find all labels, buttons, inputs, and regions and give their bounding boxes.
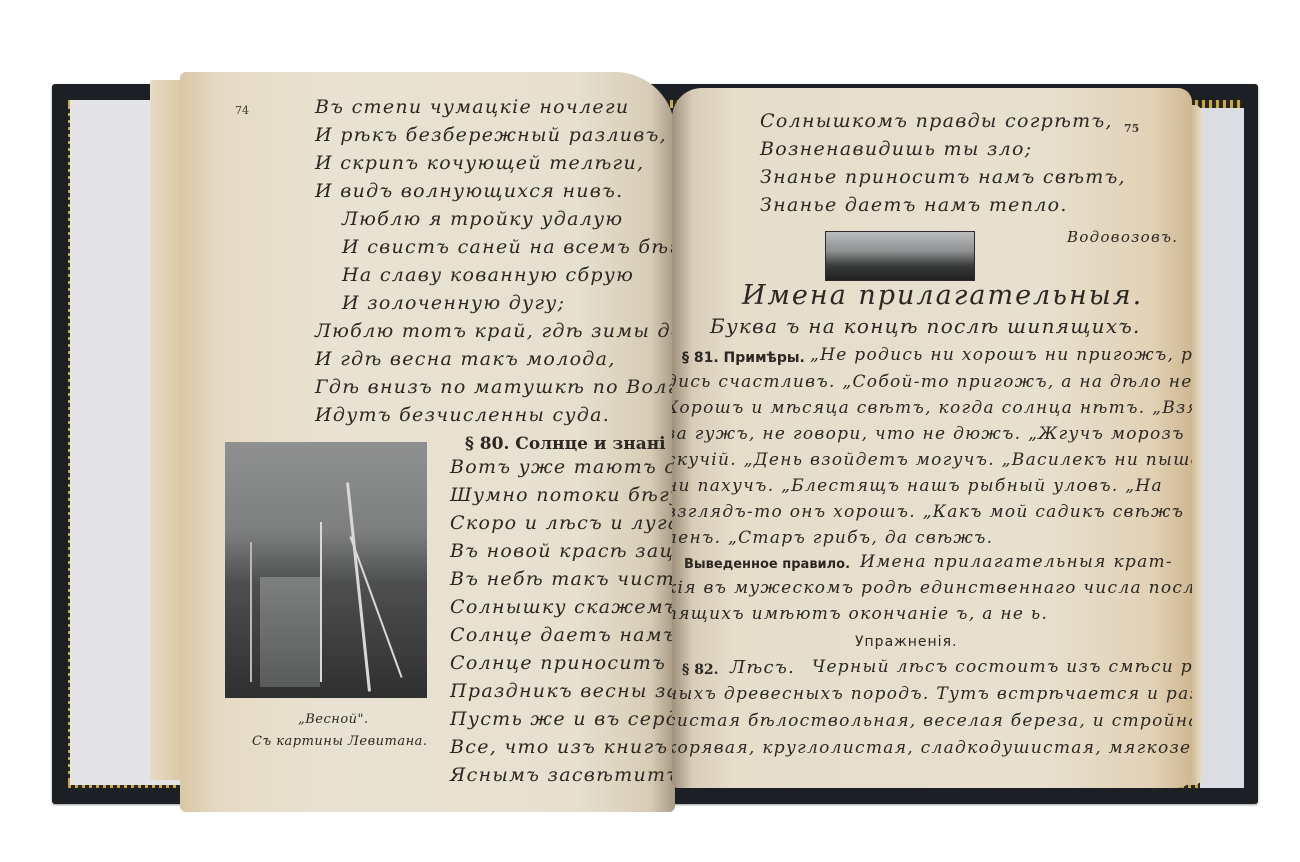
chapter-title: Имена прилагательныя. [742,280,1143,311]
text-line: ныхъ древесныхъ породъ. Тутъ встрѣчается… [672,684,1192,704]
poem-line: Знанье приноситъ намъ свѣтъ, [760,166,1126,188]
poem-line: И золоченную дугу; [342,292,565,314]
text-line: корявая, круглолистая, сладкодушистая, м… [672,738,1192,758]
poem-line: Знанье даетъ намъ тепло. [760,194,1068,216]
text-line: ленъ. „Старъ грибъ, да свѣжъ. [672,528,993,548]
poem-line: Солнышкомъ правды согрѣтъ, [760,110,1113,132]
poem-line: Праздникъ весны засія [450,680,675,702]
poem-line: Все, что изъ книгъ ты у [450,736,675,758]
text-line: взглядъ-то онъ хорошъ. „Какъ мой садикъ … [672,502,1192,522]
text-line: пящихъ имѣютъ окончаніе ъ, а не ь. [672,604,1048,624]
poem-line: Солнышку скажемъ при [450,596,675,618]
poem-line: Въ новой красѣ зацвѣт [450,540,675,562]
text-line: Хорошъ и мѣсяца свѣтъ, когда солнца нѣтъ… [672,398,1192,418]
poem-line: Въ небѣ такъ чисто, свѣ [450,568,675,590]
poem-line: И свистъ саней на всемъ бѣгу, [342,236,675,258]
text-line: Черный лѣсъ состоитъ изъ смѣси раз- [812,657,1192,677]
illustration-caption-title: „Весной". [298,712,369,727]
poem-line: Солнце даетъ намъ теп [450,624,675,646]
illustration-spring [225,442,427,698]
page-number: 75 [1124,122,1139,135]
poem-line: Пусть же и въ сердцѣ [450,708,675,730]
illustration-caption-source: Съ картины Левитана. [252,734,428,749]
poem-line: Гдѣ внизъ по матушкѣ по Волгѣ [315,376,675,398]
poem-line: Въ степи чумацкіе ночлеги [315,96,629,118]
text-line: за гужъ, не говори, что не дюжъ. „Жгучъ … [672,424,1192,444]
text-line: скучій. „День взойдетъ могучъ. „Василекъ… [672,450,1192,470]
left-page: 74 Въ степи чумацкіе ночлеги И рѣкъ безб… [180,72,675,812]
poem-line: Люблю я тройку удалую [342,208,623,230]
poem-line: Скоро и лѣсъ и луга [450,512,675,534]
section-label: § 82. [682,662,719,678]
rule-label: Выведенное правило. [684,557,850,572]
text-line: ни пахучъ. „Блестящъ нашъ рыбный уловъ. … [672,476,1163,496]
poem-author: Водовозовъ. [1067,228,1178,246]
text-line: дись счастливъ. „Собой-то пригожъ, а на … [672,372,1192,392]
poem-line: На славу кованную сбрую [342,264,634,286]
poem-line: И рѣкъ безбережный разливъ, [315,124,667,146]
right-endpaper [1200,108,1244,788]
vignette-deer-illustration [825,231,975,281]
poem-line: И гдѣ весна такъ молода, [315,348,616,370]
poem-line: Шумно потоки бѣгутъ [450,484,675,506]
text-line: Имена прилагательныя крат- [860,552,1173,572]
exercises-heading: Упражненія. [855,634,957,650]
section-heading: § 80. Солнце и знані [465,434,666,454]
chapter-subtitle: Буква ъ на концѣ послѣ шипящихъ. [710,314,1141,338]
poem-line: И скрипъ кочующей телѣги, [315,152,644,174]
poem-line: Яснымъ засвѣтитъ лу [450,764,675,786]
poem-line: Возненавидишь ты зло; [760,138,1032,160]
poem-line: Люблю тотъ край, гдѣ зимы долги, [315,320,675,342]
section-title: Лѣсъ. [730,657,795,678]
text-line: „Не родись ни хорошъ ни пригожъ, ро- [810,345,1192,365]
poem-line: Солнце приноситъ намъ [450,652,675,674]
section-label: § 81. Примѣры. [682,350,805,366]
page-number: 74 [235,104,249,117]
text-line: кія въ мужескомъ родѣ единственнаго числ… [672,578,1192,598]
poem-line: Идутъ безчисленны суда. [315,404,610,426]
text-line: систая бѣлоствольная, веселая береза, и … [672,711,1192,731]
poem-line: Вотъ уже таютъ снѣ [450,456,675,478]
poem-line: И видъ волнующихся нивъ. [315,180,623,202]
right-page: 75 Солнышкомъ правды согрѣтъ, Возненавид… [672,88,1192,788]
